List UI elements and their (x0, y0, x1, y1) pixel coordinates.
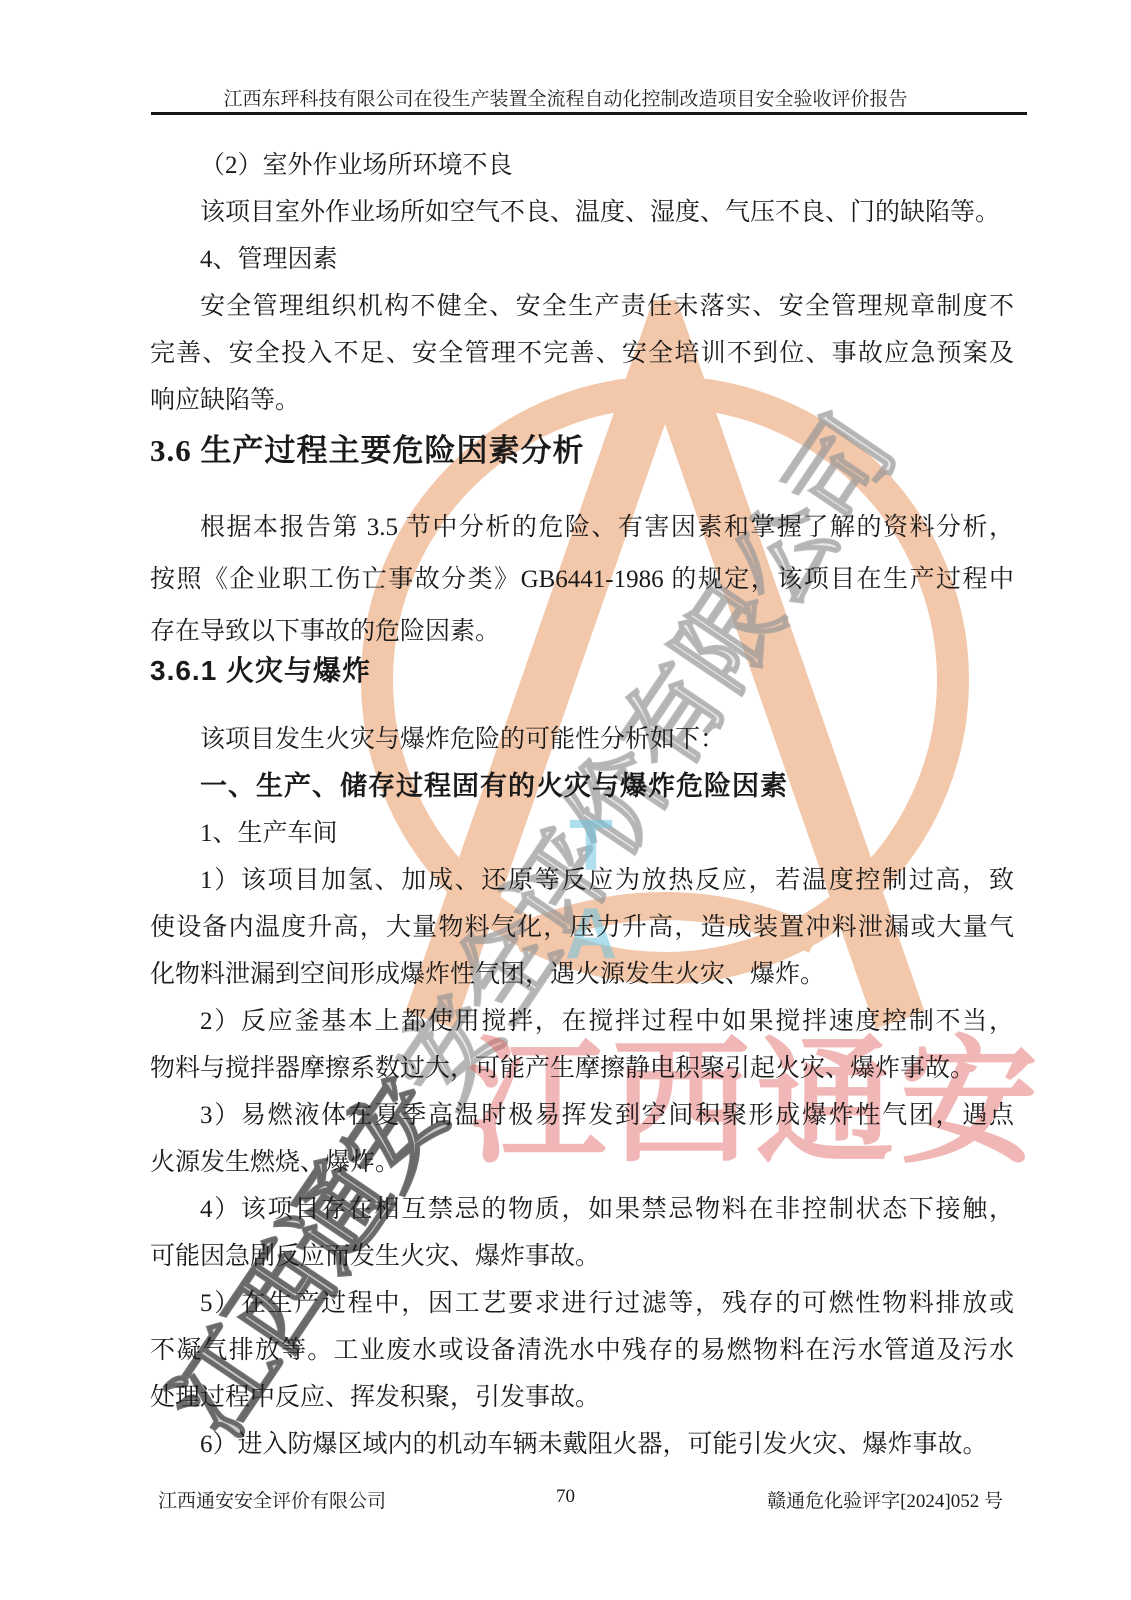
header-rule (151, 112, 1027, 115)
paragraph-block: 4、管理因素 (150, 236, 1014, 283)
paragraph-line: 物料与搅拌器摩擦系数过大，可能产生摩擦静电积聚引起火灾、爆炸事故。 (150, 1045, 1014, 1092)
paragraph-block: 根据本报告第 3.5 节中分析的危险、有害因素和掌握了解的资料分析，按照《企业职… (150, 502, 1014, 658)
section-heading: 3.6.1 火灾与爆炸 (150, 642, 1014, 700)
paragraph-line: 2）反应釜基本上都使用搅拌，在搅拌过程中如果搅拌速度控制不当， (150, 998, 1014, 1045)
paragraph-line: 该项目发生火灾与爆炸危险的可能性分析如下： (150, 716, 1014, 763)
paragraph-line: （2）室外作业场所环境不良 (150, 142, 1014, 189)
section-heading: 3.6 生产过程主要危险因素分析 (150, 412, 1014, 490)
paragraph-block: 该项目发生火灾与爆炸危险的可能性分析如下： (150, 716, 1014, 763)
paragraph-block: 1）该项目加氢、加成、还原等反应为放热反应，若温度控制过高，致使设备内温度升高，… (150, 857, 1014, 998)
paragraph-line: 完善、安全投入不足、安全管理不完善、安全培训不到位、事故应急预案及 (150, 330, 1014, 377)
paragraph-line: 5）在生产过程中，因工艺要求进行过滤等，残存的可燃性物料排放或 (150, 1280, 1014, 1327)
paragraph-line: 6）进入防爆区域内的机动车辆未戴阻火器，可能引发火灾、爆炸事故。 (150, 1421, 1014, 1468)
paragraph-block: （2）室外作业场所环境不良 (150, 142, 1014, 189)
paragraph-line: 3）易燃液体在夏季高温时极易挥发到空间积聚形成爆炸性气团，遇点 (150, 1092, 1014, 1139)
paragraph-line: 火源发生燃烧、爆炸。 (150, 1139, 1014, 1186)
paragraph-line: 安全管理组织机构不健全、安全生产责任未落实、安全管理规章制度不 (150, 283, 1014, 330)
paragraph-line: 1、生产车间 (150, 810, 1014, 857)
section-heading-block: 3.6 生产过程主要危险因素分析 (150, 424, 1014, 502)
paragraph-line: 1）该项目加氢、加成、还原等反应为放热反应，若温度控制过高，致 (150, 857, 1014, 904)
paragraph-block: 6）进入防爆区域内的机动车辆未戴阻火器，可能引发火灾、爆炸事故。 (150, 1421, 1014, 1468)
footer-doc-number: 赣通危化验评字[2024]052 号 (767, 1486, 1003, 1513)
paragraph-block: 5）在生产过程中，因工艺要求进行过滤等，残存的可燃性物料排放或不凝气排放等。工业… (150, 1280, 1014, 1421)
paragraph-line: 该项目室外作业场所如空气不良、温度、湿度、气压不良、门的缺陷等。 (150, 189, 1014, 236)
paragraph-line: 按照《企业职工伤亡事故分类》GB6441-1986 的规定，该项目在生产过程中 (150, 554, 1014, 606)
report-page: 江西通安安全评价有限公司 TA 江西通安 江西东玶科技有限公司在役生产装置全流程… (0, 0, 1131, 1600)
paragraph-line: 4、管理因素 (150, 236, 1014, 283)
paragraph-block: 一、生产、储存过程固有的火灾与爆炸危险因素 (150, 763, 1014, 810)
paragraph-block: 该项目室外作业场所如空气不良、温度、湿度、气压不良、门的缺陷等。 (150, 189, 1014, 236)
paragraph-block: 4）该项目存在相互禁忌的物质，如果禁忌物料在非控制状态下接触，可能因急剧反应而发… (150, 1186, 1014, 1280)
paragraph-block: 3）易燃液体在夏季高温时极易挥发到空间积聚形成爆炸性气团，遇点火源发生燃烧、爆炸… (150, 1092, 1014, 1186)
section-heading-block: 3.6.1 火灾与爆炸 (150, 658, 1014, 716)
document-body: （2）室外作业场所环境不良该项目室外作业场所如空气不良、温度、湿度、气压不良、门… (150, 142, 1014, 1468)
paragraph-line: 可能因急剧反应而发生火灾、爆炸事故。 (150, 1233, 1014, 1280)
paragraph-line: 不凝气排放等。工业废水或设备清洗水中残存的易燃物料在污水管道及污水 (150, 1327, 1014, 1374)
paragraph-line: 4）该项目存在相互禁忌的物质，如果禁忌物料在非控制状态下接触， (150, 1186, 1014, 1233)
paragraph-block: 2）反应釜基本上都使用搅拌，在搅拌过程中如果搅拌速度控制不当，物料与搅拌器摩擦系… (150, 998, 1014, 1092)
paragraph-block: 安全管理组织机构不健全、安全生产责任未落实、安全管理规章制度不完善、安全投入不足… (150, 283, 1014, 424)
page-header-title: 江西东玶科技有限公司在役生产装置全流程自动化控制改造项目安全验收评价报告 (0, 84, 1131, 111)
paragraph-line: 根据本报告第 3.5 节中分析的危险、有害因素和掌握了解的资料分析， (150, 502, 1014, 554)
paragraph-block: 1、生产车间 (150, 810, 1014, 857)
paragraph-line: 一、生产、储存过程固有的火灾与爆炸危险因素 (150, 763, 1014, 810)
paragraph-line: 化物料泄漏到空间形成爆炸性气团，遇火源发生火灾、爆炸。 (150, 951, 1014, 998)
paragraph-line: 处理过程中反应、挥发积聚，引发事故。 (150, 1374, 1014, 1421)
paragraph-line: 使设备内温度升高，大量物料气化，压力升高，造成装置冲料泄漏或大量气 (150, 904, 1014, 951)
